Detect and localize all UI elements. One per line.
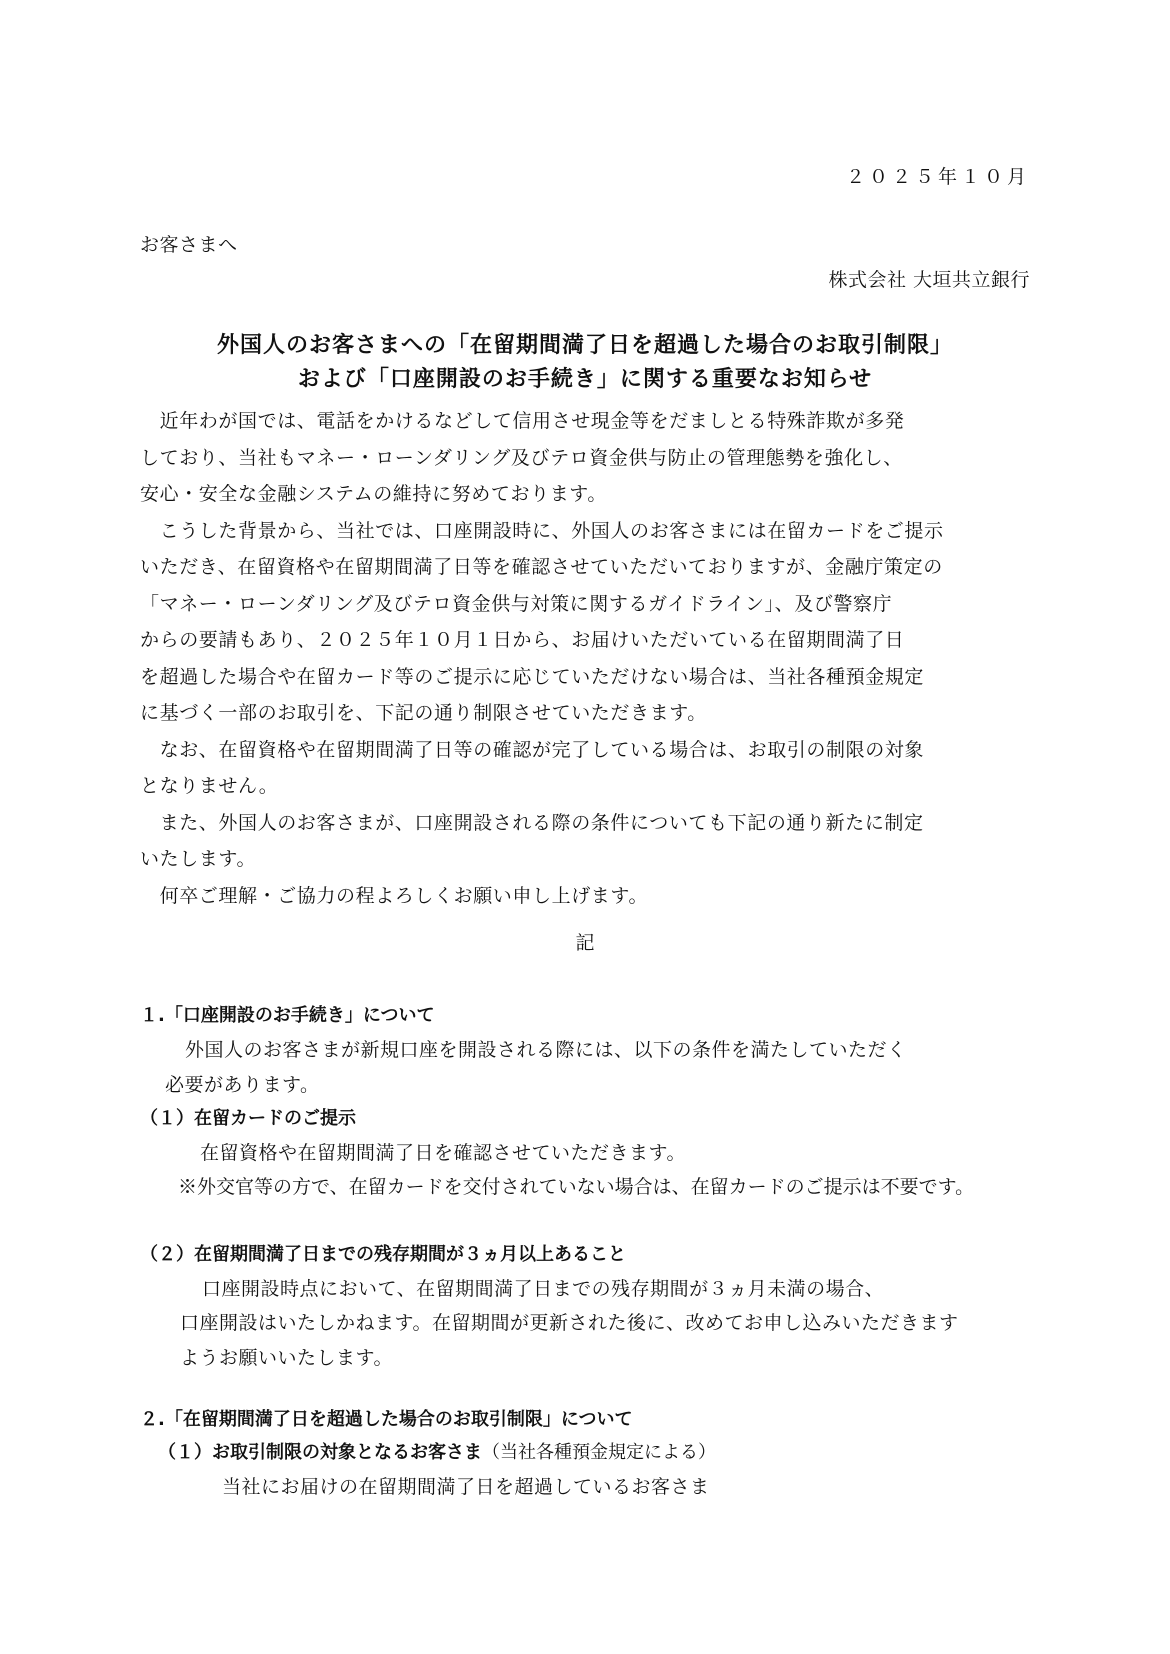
intro-p2-line: に基づく一部のお取引を、下記の通り制限させていただきます。 <box>140 695 1030 732</box>
document-date: ２０２５年１０月 <box>846 162 1030 189</box>
section-1-item-2-body-line: ようお願いいたします。 <box>180 1343 393 1370</box>
intro-p4-line: いたします。 <box>140 841 1030 878</box>
intro-p3-line: なお、在留資格や在留期間満了日等の確認が完了している場合は、お取引の制限の対象 <box>140 732 1030 769</box>
section-1-item-1-note: ※外交官等の方で、在留カードを交付されていない場合は、在留カードのご提示は不要で… <box>178 1172 974 1199</box>
document-title-line-2: および「口座開設のお手続き」に関する重要なお知らせ <box>0 362 1170 393</box>
section-1-body-line: 必要があります。 <box>165 1070 319 1097</box>
intro-p2-line: を超過した場合や在留カード等のご提示に応じていただけない場合は、当社各種預金規定 <box>140 659 1030 696</box>
section-2-item-1-heading: （１）お取引制限の対象となるお客さま（当社各種預金規定による） <box>158 1438 716 1464</box>
section-1-item-1-heading: （１）在留カードのご提示 <box>140 1104 356 1130</box>
intro-p4-line: また、外国人のお客さまが、口座開設される際の条件についても下記の通り新たに制定 <box>140 805 1030 842</box>
section-2-item-1-heading-note: （当社各種預金規定による） <box>482 1442 716 1463</box>
section-1-item-2-heading: （２）在留期間満了日までの残存期間が３ヵ月以上あること <box>140 1240 626 1266</box>
section-2-item-1-body: 当社にお届けの在留期間満了日を超過しているお客さま <box>222 1472 710 1499</box>
section-2-heading: ２.「在留期間満了日を超過した場合のお取引制限」について <box>140 1405 632 1431</box>
intro-p1-line: 安心・安全な金融システムの維持に努めております。 <box>140 476 1030 513</box>
document-page: ２０２５年１０月 お客さまへ 株式会社 大垣共立銀行 外国人のお客さまへの「在留… <box>0 0 1170 1654</box>
sender-name: 株式会社 大垣共立銀行 <box>828 265 1030 292</box>
intro-body: 近年わが国では、電話をかけるなどして信用させ現金等をだましとる特殊詐欺が多発 し… <box>140 403 1030 914</box>
ki-marker: 記 <box>0 928 1170 955</box>
document-title-line-1: 外国人のお客さまへの「在留期間満了日を超過した場合のお取引制限」 <box>0 328 1170 359</box>
intro-p1-line: 近年わが国では、電話をかけるなどして信用させ現金等をだましとる特殊詐欺が多発 <box>140 403 1030 440</box>
section-1-heading: １.「口座開設のお手続き」について <box>140 1001 434 1027</box>
intro-p2-line: いただき、在留資格や在留期間満了日等を確認させていただいておりますが、金融庁策定… <box>140 549 1030 586</box>
section-1-body-line: 外国人のお客さまが新規口座を開設される際には、以下の条件を満たしていただく <box>185 1035 907 1062</box>
section-1-item-1-body: 在留資格や在留期間満了日を確認させていただきます。 <box>200 1138 686 1165</box>
intro-p2-line: 「マネー・ローンダリング及びテロ資金供与対策に関するガイドライン」、及び警察庁 <box>140 586 1030 623</box>
section-1-item-2-body-line: 口座開設時点において、在留期間満了日までの残存期間が３ヵ月未満の場合、 <box>202 1274 884 1301</box>
greeting: お客さまへ <box>140 230 238 257</box>
intro-p2-line: からの要請もあり、２０２５年１０月１日から、お届けいただいている在留期間満了日 <box>140 622 1030 659</box>
intro-p5-line: 何卒ご理解・ご協力の程よろしくお願い申し上げます。 <box>140 878 1030 915</box>
section-1-item-2-body-line: 口座開設はいたしかねます。在留期間が更新された後に、改めてお申し込みいただきます <box>180 1308 958 1335</box>
intro-p3-line: となりません。 <box>140 768 1030 805</box>
intro-p1-line: しており、当社もマネー・ローンダリング及びテロ資金供与防止の管理態勢を強化し、 <box>140 440 1030 477</box>
section-2-item-1-heading-text: （１）お取引制限の対象となるお客さま <box>158 1442 482 1463</box>
intro-p2-line: こうした背景から、当社では、口座開設時に、外国人のお客さまには在留カードをご提示 <box>140 513 1030 550</box>
